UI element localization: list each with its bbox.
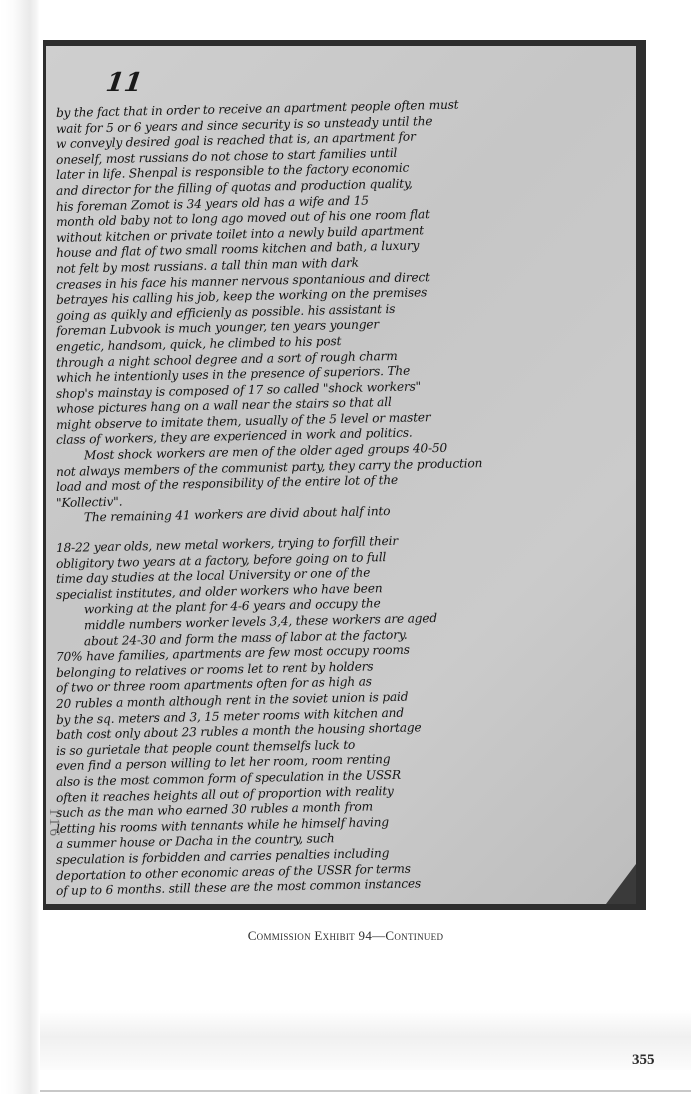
page-folio-number: 355 bbox=[632, 1052, 655, 1069]
exhibit-caption: Commission Exhibit 94—Continued bbox=[0, 928, 691, 944]
manuscript-page-number: 11 bbox=[104, 68, 144, 98]
handwritten-manuscript: 11 by the fact that in order to receive … bbox=[46, 46, 636, 904]
scan-smudge bbox=[40, 1010, 691, 1070]
manuscript-text: by the fact that in order to receive an … bbox=[56, 106, 631, 900]
archive-stamp-number: 116 bbox=[46, 808, 62, 839]
